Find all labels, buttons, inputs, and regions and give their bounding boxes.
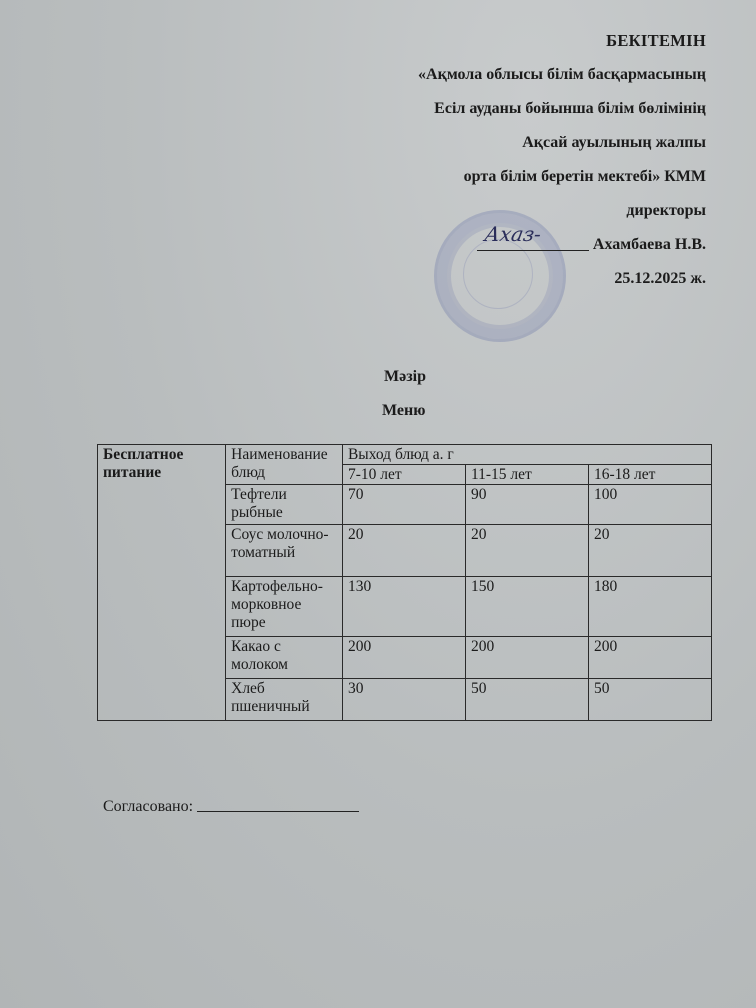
dish-cell: Соус молочно-томатный bbox=[226, 525, 343, 577]
approval-line: Есіл ауданы бойынша білім бөлімінің bbox=[418, 92, 706, 126]
signature-line: Ахаз- bbox=[477, 232, 589, 251]
menu-table: Бесплатное питание Наименование блюд Вых… bbox=[97, 444, 712, 721]
value-cell: 90 bbox=[465, 485, 588, 525]
approval-line: орта білім беретін мектебі» КММ bbox=[418, 160, 706, 194]
value-cell: 200 bbox=[465, 637, 588, 679]
table-header-row: Бесплатное питание Наименование блюд Вых… bbox=[98, 445, 712, 465]
value-cell: 200 bbox=[588, 637, 711, 679]
dish-cell: Тефтели рыбные bbox=[226, 485, 343, 525]
value-cell: 100 bbox=[588, 485, 711, 525]
approval-date: 25.12.2025 ж. bbox=[418, 262, 706, 296]
agreed-block: Согласовано: bbox=[103, 796, 359, 816]
dish-name-header: Наименование блюд bbox=[226, 445, 343, 485]
value-cell: 180 bbox=[588, 577, 711, 637]
menu-title-ru: Меню bbox=[382, 402, 425, 420]
value-cell: 20 bbox=[588, 525, 711, 577]
director-signature-row: Ахаз- Ахамбаева Н.В. bbox=[418, 228, 706, 262]
approval-line: «Ақмола облысы білім басқармасының bbox=[418, 58, 706, 92]
value-cell: 150 bbox=[465, 577, 588, 637]
handwritten-signature: Ахаз- bbox=[482, 217, 544, 251]
value-cell: 50 bbox=[465, 679, 588, 721]
approval-line: Ақсай ауылының жалпы bbox=[418, 126, 706, 160]
value-cell: 50 bbox=[588, 679, 711, 721]
dish-cell: Хлеб пшеничный bbox=[226, 679, 343, 721]
value-cell: 130 bbox=[342, 577, 465, 637]
value-cell: 20 bbox=[342, 525, 465, 577]
age-group-header: 11-15 лет bbox=[465, 465, 588, 485]
dish-cell: Картофельно-морковное пюре bbox=[226, 577, 343, 637]
free-meal-cell: Бесплатное питание bbox=[98, 445, 226, 721]
value-cell: 20 bbox=[465, 525, 588, 577]
age-group-header: 16-18 лет bbox=[588, 465, 711, 485]
value-cell: 30 bbox=[342, 679, 465, 721]
agreed-signature-blank bbox=[197, 796, 359, 812]
agreed-label: Согласовано: bbox=[103, 798, 193, 815]
value-cell: 70 bbox=[342, 485, 465, 525]
yield-header: Выход блюд а. г bbox=[342, 445, 711, 465]
approval-block: БЕКІТЕМІН «Ақмола облысы білім басқармас… bbox=[418, 24, 706, 296]
age-group-header: 7-10 лет bbox=[342, 465, 465, 485]
dish-cell: Какао с молоком bbox=[226, 637, 343, 679]
approval-title: БЕКІТЕМІН bbox=[418, 24, 706, 58]
director-name: Ахамбаева Н.В. bbox=[593, 236, 706, 253]
approval-line: директоры bbox=[418, 194, 706, 228]
menu-title-kz: Мәзір bbox=[384, 368, 426, 386]
value-cell: 200 bbox=[342, 637, 465, 679]
